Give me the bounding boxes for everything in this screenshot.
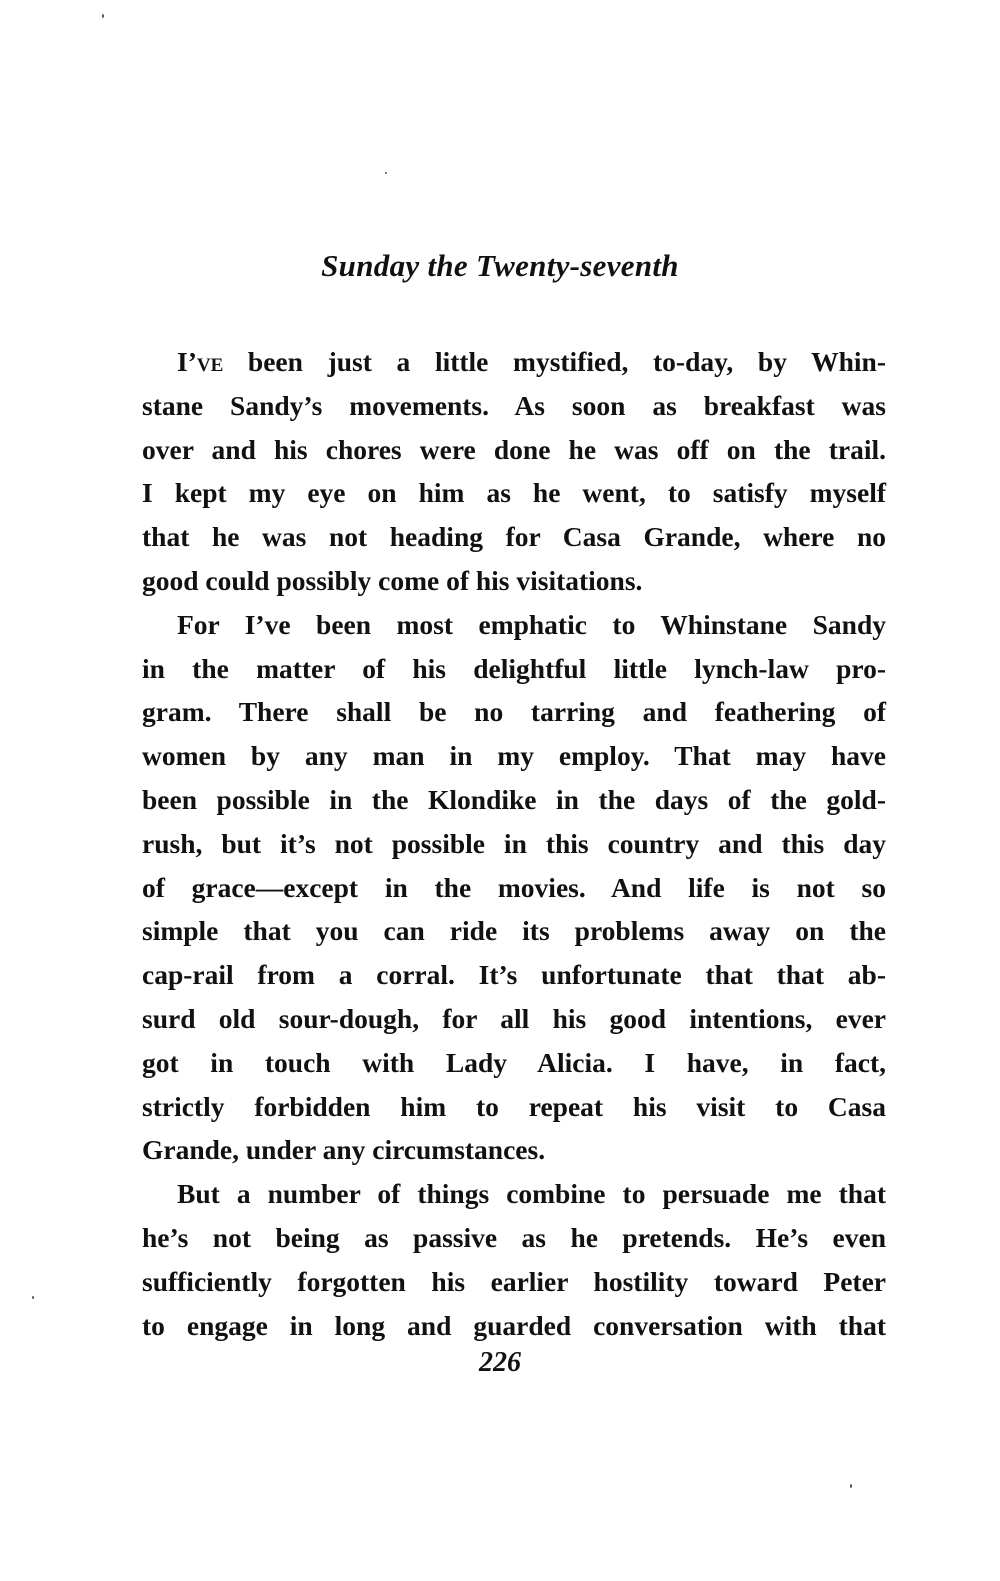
chapter-heading: Sunday the Twenty-seventh (0, 248, 1000, 284)
text-line: strictly forbidden him to repeat his vis… (142, 1085, 886, 1129)
text-line: he’s not being as passive as he pretends… (142, 1216, 886, 1260)
text-line: cap-rail from a corral. It’s unfortunate… (142, 953, 886, 997)
text-line: gram. There shall be no tarring and feat… (142, 690, 886, 734)
paragraph-1: I’ve been just a little mystified, to-da… (142, 340, 886, 603)
text-line: rush, but it’s not possible in this coun… (142, 822, 886, 866)
text-line: simple that you can ride its problems aw… (142, 909, 886, 953)
drop-word: I’ve (177, 346, 223, 377)
text-line: women by any man in my employ. That may … (142, 734, 886, 778)
paragraph-3: But a number of things combine to persua… (142, 1172, 886, 1347)
text-line: Grande, under any circumstances. (142, 1128, 886, 1172)
text-line: For I’ve been most emphatic to Whinstane… (142, 603, 886, 647)
scan-speck (850, 1484, 852, 1488)
text-line: over and his chores were done he was off… (142, 428, 886, 472)
text-line: But a number of things combine to persua… (142, 1172, 886, 1216)
text-line: been possible in the Klondike in the day… (142, 778, 886, 822)
text-line: of grace—except in the movies. And life … (142, 866, 886, 910)
scan-speck (32, 1296, 34, 1299)
body-text: I’ve been just a little mystified, to-da… (142, 340, 886, 1347)
text-line: I’ve been just a little mystified, to-da… (142, 340, 886, 384)
text-line: in the matter of his delightful little l… (142, 647, 886, 691)
text-line: good could possibly come of his visitati… (142, 559, 886, 603)
text-line: I kept my eye on him as he went, to sati… (142, 471, 886, 515)
page-number: 226 (0, 1347, 1000, 1379)
text-line: got in touch with Lady Alicia. I have, i… (142, 1041, 886, 1085)
text-line: surd old sour-dough, for all his good in… (142, 997, 886, 1041)
scan-speck (102, 14, 104, 18)
paragraph-2: For I’ve been most emphatic to Whinstane… (142, 603, 886, 1172)
scan-speck (385, 172, 387, 174)
text-line: sufficiently forgotten his earlier hosti… (142, 1260, 886, 1304)
text-line: that he was not heading for Casa Grande,… (142, 515, 886, 559)
book-page: Sunday the Twenty-seventh I’ve been just… (0, 0, 1000, 1581)
text-line: to engage in long and guarded conversati… (142, 1304, 886, 1348)
text-line: stane Sandy’s movements. As soon as brea… (142, 384, 886, 428)
